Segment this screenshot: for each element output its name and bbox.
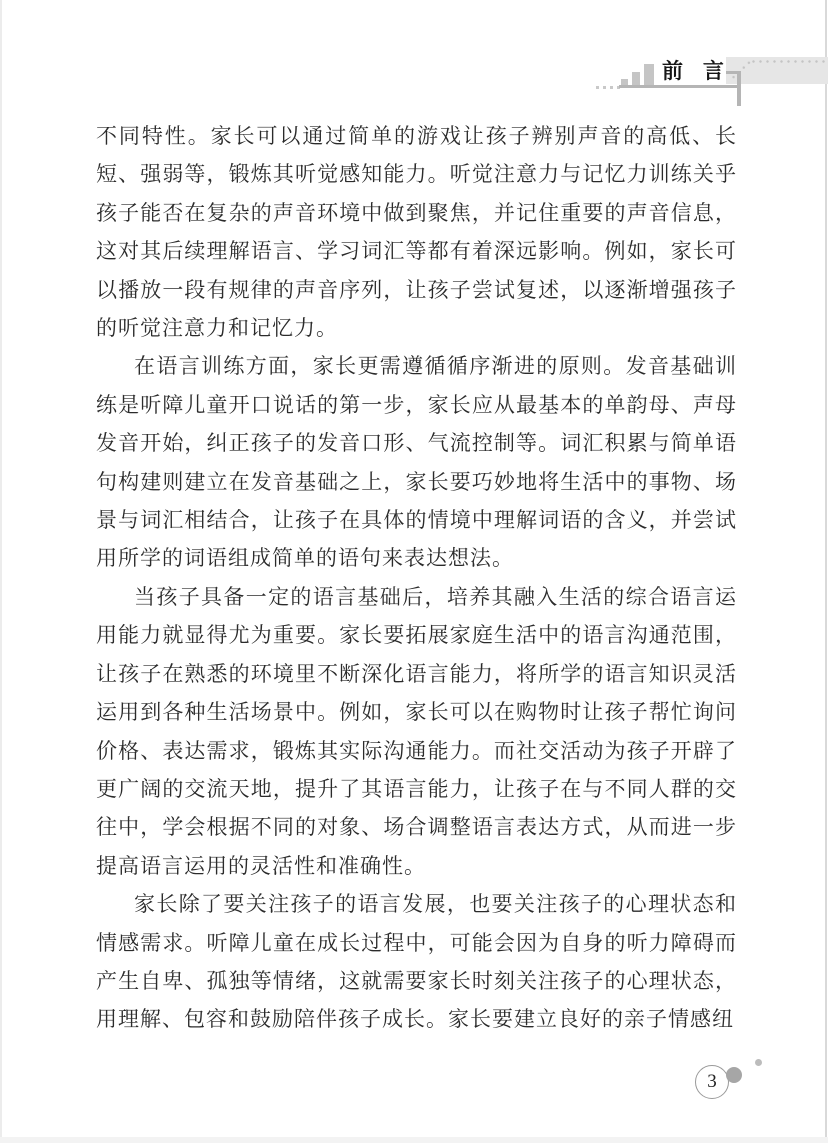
dotted-block-decoration bbox=[726, 57, 828, 84]
page-edge-left bbox=[0, 0, 2, 1143]
footer-dot-small bbox=[755, 1059, 762, 1066]
header-underline bbox=[619, 85, 737, 88]
page-edge-right bbox=[825, 0, 827, 1143]
block-dot-row bbox=[750, 59, 827, 64]
paragraph: 当孩子具备一定的语言基础后，培养其融入生活的综合语言运用能力就显得尤为重要。家长… bbox=[96, 578, 737, 885]
footer-dot-large bbox=[726, 1067, 742, 1083]
dot-row-decoration-icon bbox=[596, 86, 620, 89]
dot-icon bbox=[596, 86, 599, 89]
dot-icon bbox=[610, 86, 613, 89]
book-page: 前 言 不同特性。家长可以通过简单的游戏让孩子辨别声音的高低、长短、强弱等，锻炼… bbox=[0, 0, 828, 1143]
page-edge-bottom bbox=[0, 1137, 828, 1143]
paragraph: 在语言训练方面，家长更需遵循循序渐进的原则。发音基础训练是听障儿童开口说话的第一… bbox=[96, 347, 737, 577]
paragraph: 不同特性。家长可以通过简单的游戏让孩子辨别声音的高低、长短、强弱等，锻炼其听觉感… bbox=[96, 117, 737, 347]
body-text: 不同特性。家长可以通过简单的游戏让孩子辨别声音的高低、长短、强弱等，锻炼其听觉感… bbox=[96, 117, 737, 1039]
page-number-badge: 3 bbox=[695, 1065, 729, 1099]
corner-bracket-decoration bbox=[737, 71, 741, 106]
dot-icon bbox=[603, 86, 606, 89]
chapter-title: 前 言 bbox=[662, 60, 726, 84]
paragraph: 家长除了要关注孩子的语言发展，也要关注孩子的心理状态和情感需求。听障儿童在成长过… bbox=[96, 885, 737, 1039]
page-number: 3 bbox=[707, 1071, 717, 1093]
